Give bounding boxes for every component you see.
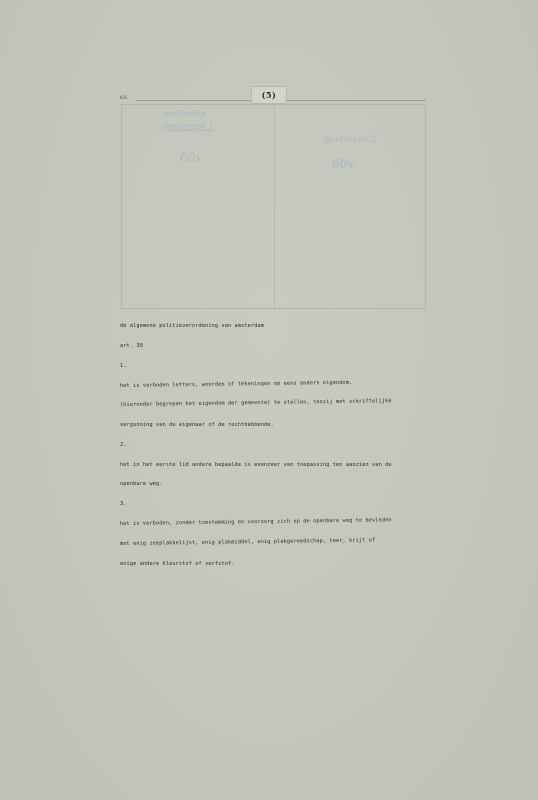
text-line: het is verboden letters, woorden of teke… [120,378,430,389]
typed-text-block: de algemene politieverordening van amste… [120,310,430,580]
handwritten-note: gestreept 1 [162,122,214,133]
text-line: 3. [120,501,430,508]
photo-label-sticker: (5) [251,86,287,104]
text-line: 2. [120,442,430,449]
frame-divider [274,105,275,308]
text-line: met enig zeeplakkelijst, enig plakmiddel… [120,536,430,547]
handwritten-note: gestreept 2 [324,135,376,146]
document-page: 60. (5) mellende gestreept 1 60x gestree… [0,0,538,800]
text-line: (hieronder begrepen het eigendom der gem… [120,398,430,409]
text-line: enige andere kleurstof of verfstof. [120,561,430,568]
handwritten-note: 60x [332,159,354,170]
text-line: het in het eerste lid andere bepaalde is… [120,462,430,469]
text-line: art. 39 [120,343,430,350]
text-line: vergunning van de eigenaar of de rechthe… [120,422,430,429]
photo-label: (5) [252,90,286,100]
handwritten-note: 60x [180,153,202,164]
text-line: het is verboden, zonder toestemming en v… [120,517,430,528]
page-number: 60. [120,95,129,101]
text-line: openbare weg. [120,481,430,488]
photo-frame: mellende gestreept 1 60x gestreept 2 60x [121,104,426,309]
text-line: 1. [120,363,430,370]
handwritten-note: mellende [164,110,206,121]
text-line: de algemene politieverordening van amste… [120,323,430,330]
